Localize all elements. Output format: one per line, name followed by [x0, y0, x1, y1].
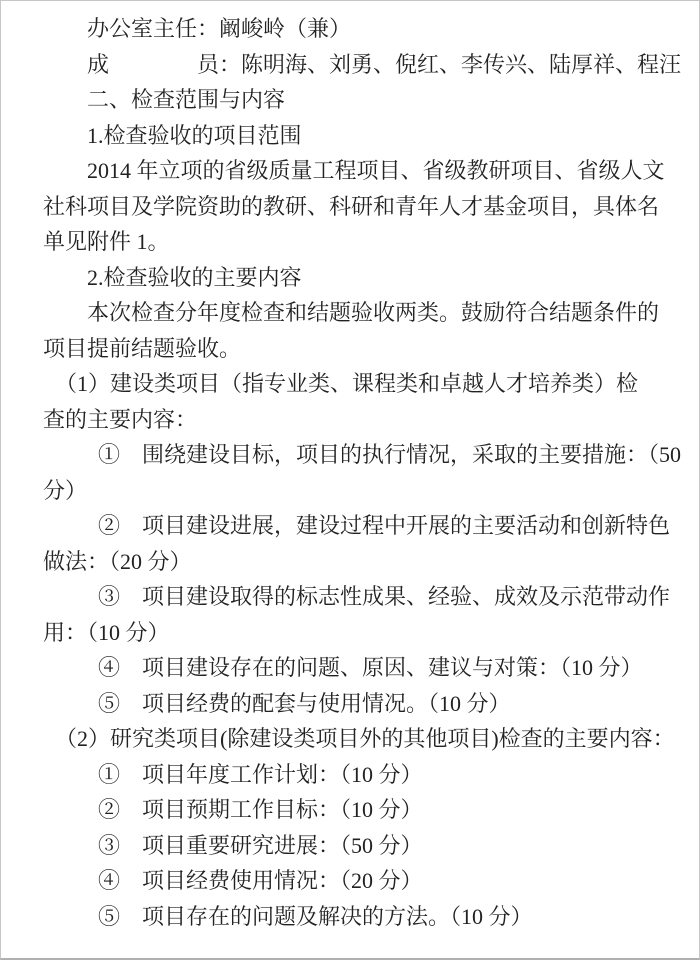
line-paragraph: 2014 年立项的省级质量工程项目、省级教研项目、省级人文: [43, 153, 661, 189]
line-item-2-2: ② 项目预期工作目标：（10 分）: [43, 792, 661, 828]
line-office-director: 办公室主任：阚峻岭（兼）: [43, 11, 661, 47]
line-paragraph: 分）: [43, 473, 661, 509]
line-item-2-5: ⑤ 项目存在的问题及解决的方法。（10 分）: [43, 899, 661, 935]
line-item-2-1: ① 项目年度工作计划：（10 分）: [43, 757, 661, 793]
line-paragraph: 用：（10 分）: [43, 615, 661, 651]
line-item-1-1: ① 围绕建设目标，项目的执行情况，采取的主要措施：（50: [43, 437, 661, 473]
line-paragraph: 社科项目及学院资助的教研、科研和青年人才基金项目，具体名: [43, 189, 661, 225]
document-page: 办公室主任：阚峻岭（兼） 成 员：陈明海、刘勇、倪红、李传兴、陆厚祥、程汪 二、…: [0, 0, 700, 960]
line-item-2-3: ③ 项目重要研究进展：（50 分）: [43, 828, 661, 864]
line-paragraph: 查的主要内容：: [43, 402, 661, 438]
line-item-2-4: ④ 项目经费使用情况：（20 分）: [43, 863, 661, 899]
line-paragraph: 项目提前结题验收。: [43, 331, 661, 367]
line-subheading-scope: 1.检查验收的项目范围: [43, 118, 661, 154]
line-paragraph: 单见附件 1。: [43, 224, 661, 260]
line-item-1-5: ⑤ 项目经费的配套与使用情况。（10 分）: [43, 686, 661, 722]
line-subheading-content: 2.检查验收的主要内容: [43, 260, 661, 296]
line-paragraph: 本次检查分年度检查和结题验收两类。鼓励符合结题条件的: [43, 295, 661, 331]
line-category-1-heading: （1）建设类项目（指专业类、课程类和卓越人才培养类）检: [43, 366, 661, 402]
line-category-2-heading: （2）研究类项目(除建设类项目外的其他项目)检查的主要内容：: [43, 721, 661, 757]
line-item-1-3: ③ 项目建设取得的标志性成果、经验、成效及示范带动作: [43, 579, 661, 615]
line-section-heading: 二、检查范围与内容: [43, 82, 661, 118]
line-members: 成 员：陈明海、刘勇、倪红、李传兴、陆厚祥、程汪: [43, 47, 661, 83]
line-item-1-4: ④ 项目建设存在的问题、原因、建议与对策：（10 分）: [43, 650, 661, 686]
line-paragraph: 做法：（20 分）: [43, 544, 661, 580]
line-item-1-2: ② 项目建设进展，建设过程中开展的主要活动和创新特色: [43, 508, 661, 544]
